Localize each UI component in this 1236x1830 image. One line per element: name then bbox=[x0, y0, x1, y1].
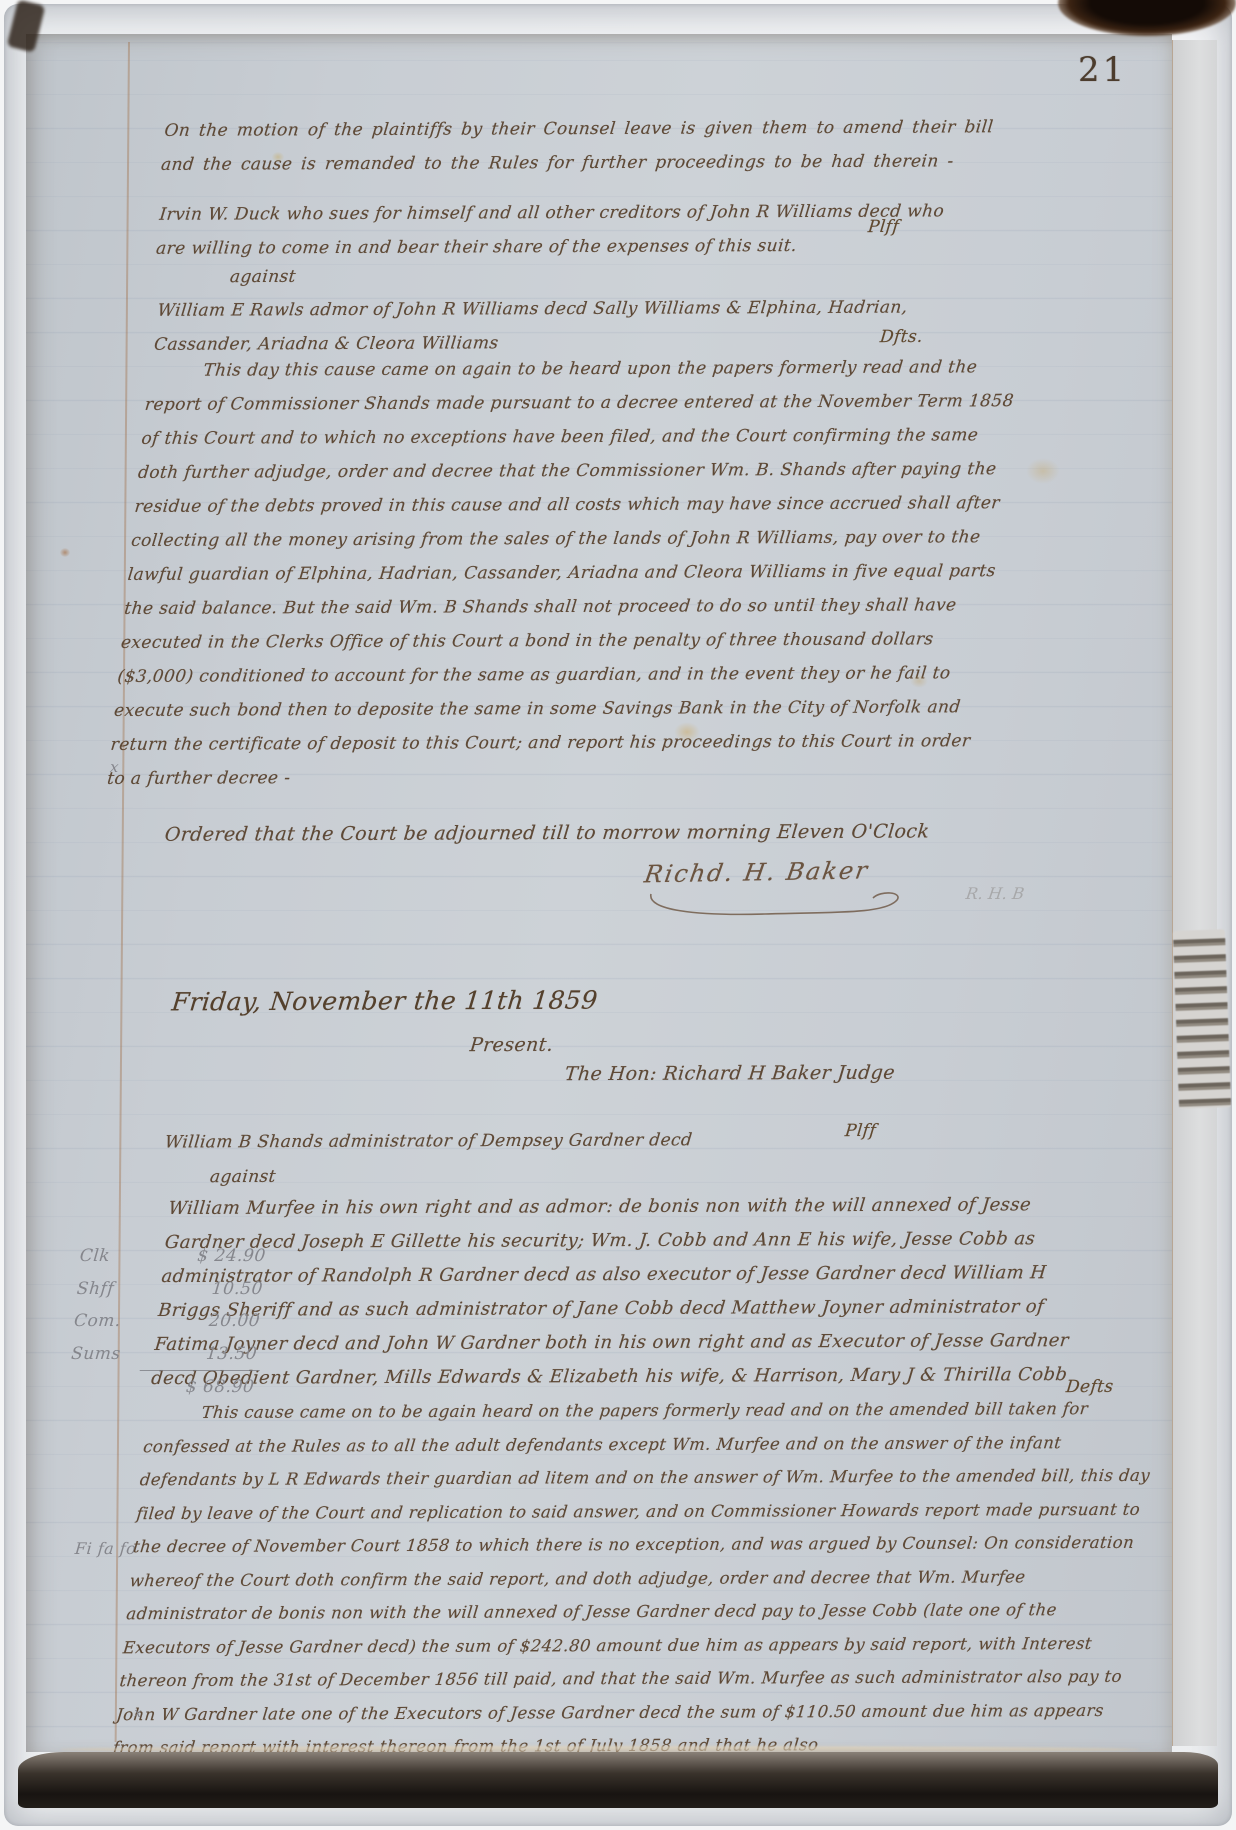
margin-fifa-note: Fi fa fo bbox=[74, 1539, 137, 1558]
session-judge-line: The Hon: Richard H Baker Judge bbox=[563, 1055, 1087, 1091]
pencil-tick-mark: x bbox=[133, 1706, 142, 1721]
case1-defendants-label: Dfts. bbox=[878, 320, 924, 354]
case1-versus: against bbox=[228, 260, 297, 294]
cost-amount: 20.00 bbox=[143, 1305, 266, 1338]
judge-signature: Richd. H. Baker bbox=[645, 858, 915, 924]
cost-label: Sums bbox=[70, 1338, 143, 1372]
margin-cost-row: Shff 10.50 bbox=[75, 1273, 268, 1306]
margin-cost-row: Com. 20.00 bbox=[73, 1305, 266, 1338]
case2-defendants: William Murfee in his own right and as a… bbox=[150, 1188, 1106, 1396]
pencil-x-mark: x bbox=[109, 758, 120, 776]
margin-cost-row: Sums 13.50 bbox=[70, 1338, 263, 1372]
adjournment-order: Ordered that the Court be adjourned till… bbox=[163, 814, 967, 851]
cost-amount: 10.50 bbox=[145, 1273, 268, 1306]
cost-amount: 13.50 bbox=[140, 1338, 263, 1372]
scanned-court-record: 21 On the motion of the plaintiffs by th… bbox=[0, 0, 1236, 1830]
page-stack-edge bbox=[1172, 40, 1217, 1746]
margin-cost-row: Clk $ 24.90 bbox=[78, 1240, 271, 1273]
judge-signature-text: Richd. H. Baker bbox=[642, 856, 917, 889]
case1-plaintiff-label: Plff bbox=[866, 210, 901, 244]
case2-versus: against bbox=[208, 1160, 277, 1194]
margin-costs-table: Clk $ 24.90 Shff 10.50 Com. 20.00 Sums 1… bbox=[67, 1240, 271, 1404]
cost-amount: $ 24.90 bbox=[148, 1240, 271, 1273]
case2-decree: This cause came on to be again heard on … bbox=[111, 1392, 1163, 1765]
case1-plaintiff: Irvin W. Duck who sues for himself and a… bbox=[154, 194, 976, 266]
cost-label: Shff bbox=[75, 1273, 148, 1306]
case1-decree: This day this cause came on again to be … bbox=[106, 350, 1033, 796]
carryover-entry-text: On the motion of the plaintiffs by their… bbox=[159, 110, 1024, 182]
page-number: 21 bbox=[1078, 50, 1127, 90]
ledger-page: 21 On the motion of the plaintiffs by th… bbox=[26, 34, 1172, 1752]
paper-stain bbox=[1026, 458, 1060, 484]
paper-stain bbox=[910, 674, 928, 688]
bottom-book-edge bbox=[18, 1752, 1218, 1808]
signature-flourish bbox=[645, 886, 915, 920]
cost-label: Com. bbox=[73, 1305, 146, 1338]
bleedthrough-text: R. H. B bbox=[965, 884, 1026, 903]
paper-stain bbox=[674, 722, 700, 742]
session-date-heading: Friday, November the 11th 1859 bbox=[170, 981, 814, 1022]
paper-stain bbox=[60, 548, 70, 557]
paper-stain bbox=[272, 152, 284, 162]
page-stack-ridges bbox=[1173, 929, 1231, 1109]
case2-plaintiff-label: Plff bbox=[843, 1114, 878, 1148]
margin-rule-line bbox=[115, 42, 130, 1742]
session-present-label: Present. bbox=[468, 1028, 555, 1062]
cost-label: Clk bbox=[78, 1240, 151, 1273]
case2-plaintiff: William B Shands administrator of Dempse… bbox=[163, 1122, 867, 1159]
